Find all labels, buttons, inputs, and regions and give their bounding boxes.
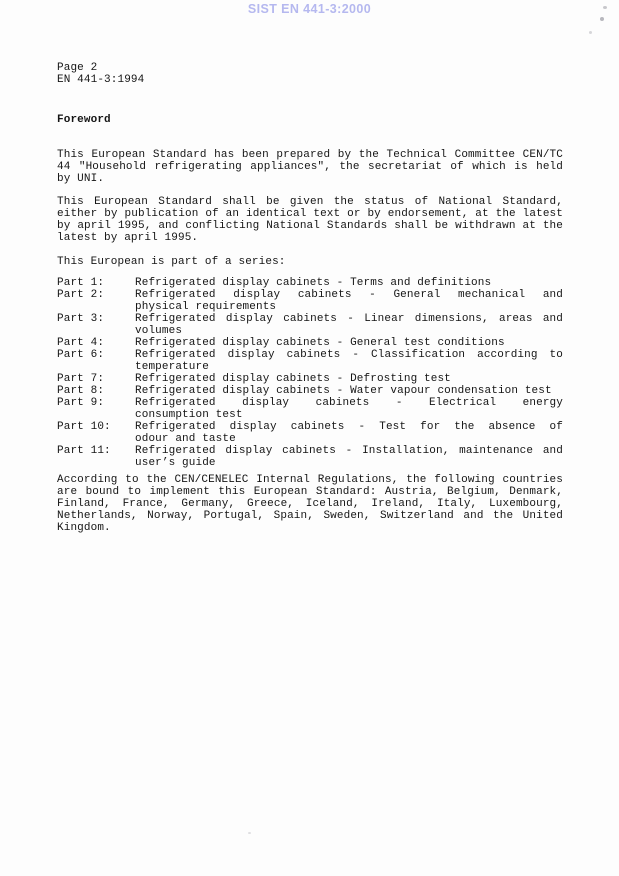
text-line: Finland, France, Germany, Greece, Icelan… bbox=[57, 498, 563, 510]
paragraph-national-status: This European Standard shall be given th… bbox=[57, 196, 563, 244]
text-line: This European Standard shall be given th… bbox=[57, 196, 563, 208]
text-line: Netherlands, Norway, Portugal, Spain, Sw… bbox=[57, 510, 563, 522]
part-description: Refrigerated display cabinets - Installa… bbox=[135, 445, 563, 469]
part-item: Part 2:Refrigerated display cabinets - G… bbox=[57, 289, 563, 313]
text-line: Refrigerated display cabinets - Classifi… bbox=[135, 349, 563, 361]
text-line: volumes bbox=[135, 325, 563, 337]
text-line: Refrigerated display cabinets - Installa… bbox=[135, 445, 563, 457]
part-item: Part 8:Refrigerated display cabinets - W… bbox=[57, 385, 563, 397]
text-line: odour and taste bbox=[135, 433, 563, 445]
part-description: Refrigerated display cabinets - General … bbox=[135, 289, 563, 313]
part-item: Part 9:Refrigerated display cabinets - E… bbox=[57, 397, 563, 421]
watermark: SIST EN 441-3:2000 bbox=[0, 2, 619, 16]
part-item: Part 1:Refrigerated display cabinets - T… bbox=[57, 277, 563, 289]
part-label: Part 6: bbox=[57, 349, 135, 373]
page-header: Page 2 EN 441-3:1994 bbox=[57, 62, 563, 86]
part-description: Refrigerated display cabinets - Water va… bbox=[135, 385, 563, 397]
part-label: Part 2: bbox=[57, 289, 135, 313]
parts-list: Part 1:Refrigerated display cabinets - T… bbox=[57, 277, 563, 469]
part-description: Refrigerated display cabinets - Terms an… bbox=[135, 277, 563, 289]
text-line: consumption test bbox=[135, 409, 563, 421]
part-label: Part 4: bbox=[57, 337, 135, 349]
part-label: Part 8: bbox=[57, 385, 135, 397]
text-line: Refrigerated display cabinets - General … bbox=[135, 289, 563, 301]
text-line: Refrigerated display cabinets - Terms an… bbox=[135, 277, 563, 289]
part-description: Refrigerated display cabinets - Classifi… bbox=[135, 349, 563, 373]
text-line: Refrigerated display cabinets - Defrosti… bbox=[135, 373, 563, 385]
text-line: 44 "Household refrigerating appliances",… bbox=[57, 161, 563, 173]
scan-speck bbox=[589, 31, 592, 34]
text-line: temperature bbox=[135, 361, 563, 373]
part-label: Part 3: bbox=[57, 313, 135, 337]
page-content: Page 2 EN 441-3:1994 Foreword This Europ… bbox=[57, 62, 563, 534]
text-line: physical requirements bbox=[135, 301, 563, 313]
text-line: are bound to implement this European Sta… bbox=[57, 486, 563, 498]
text-line: by april 1995, and conflicting National … bbox=[57, 220, 563, 232]
text-line: Kingdom. bbox=[57, 522, 563, 534]
part-description: Refrigerated display cabinets - Linear d… bbox=[135, 313, 563, 337]
text-line: This European Standard has been prepared… bbox=[57, 149, 563, 161]
part-label: Part 11: bbox=[57, 445, 135, 469]
text-line: by UNI. bbox=[57, 173, 563, 185]
part-description: Refrigerated display cabinets - General … bbox=[135, 337, 563, 349]
standard-reference: EN 441-3:1994 bbox=[57, 74, 563, 86]
text-line: According to the CEN/CENELEC Internal Re… bbox=[57, 474, 563, 486]
part-description: Refrigerated display cabinets - Defrosti… bbox=[135, 373, 563, 385]
text-line: Refrigerated display cabinets - Water va… bbox=[135, 385, 563, 397]
text-line: Refrigerated display cabinets - Electric… bbox=[135, 397, 563, 409]
text-line: user’s guide bbox=[135, 457, 563, 469]
text-line: Refrigerated display cabinets - Test for… bbox=[135, 421, 563, 433]
part-item: Part 4:Refrigerated display cabinets - G… bbox=[57, 337, 563, 349]
part-item: Part 10:Refrigerated display cabinets - … bbox=[57, 421, 563, 445]
page-number: Page 2 bbox=[57, 62, 563, 74]
foreword-title: Foreword bbox=[57, 114, 563, 126]
part-description: Refrigerated display cabinets - Test for… bbox=[135, 421, 563, 445]
part-description: Refrigerated display cabinets - Electric… bbox=[135, 397, 563, 421]
part-label: Part 1: bbox=[57, 277, 135, 289]
scan-speck bbox=[603, 6, 607, 9]
part-item: Part 6:Refrigerated display cabinets - C… bbox=[57, 349, 563, 373]
text-line: Refrigerated display cabinets - Linear d… bbox=[135, 313, 563, 325]
scan-speck bbox=[248, 832, 251, 834]
paragraph-implementing-countries: According to the CEN/CENELEC Internal Re… bbox=[57, 474, 563, 534]
paragraph-preparation: This European Standard has been prepared… bbox=[57, 149, 563, 185]
text-line: Refrigerated display cabinets - General … bbox=[135, 337, 563, 349]
series-intro: This European is part of a series: bbox=[57, 256, 563, 268]
part-label: Part 7: bbox=[57, 373, 135, 385]
part-label: Part 10: bbox=[57, 421, 135, 445]
part-label: Part 9: bbox=[57, 397, 135, 421]
part-item: Part 3:Refrigerated display cabinets - L… bbox=[57, 313, 563, 337]
part-item: Part 7:Refrigerated display cabinets - D… bbox=[57, 373, 563, 385]
scan-speck bbox=[600, 17, 604, 21]
part-item: Part 11:Refrigerated display cabinets - … bbox=[57, 445, 563, 469]
text-line: either by publication of an identical te… bbox=[57, 208, 563, 220]
text-line: latest by april 1995. bbox=[57, 232, 563, 244]
